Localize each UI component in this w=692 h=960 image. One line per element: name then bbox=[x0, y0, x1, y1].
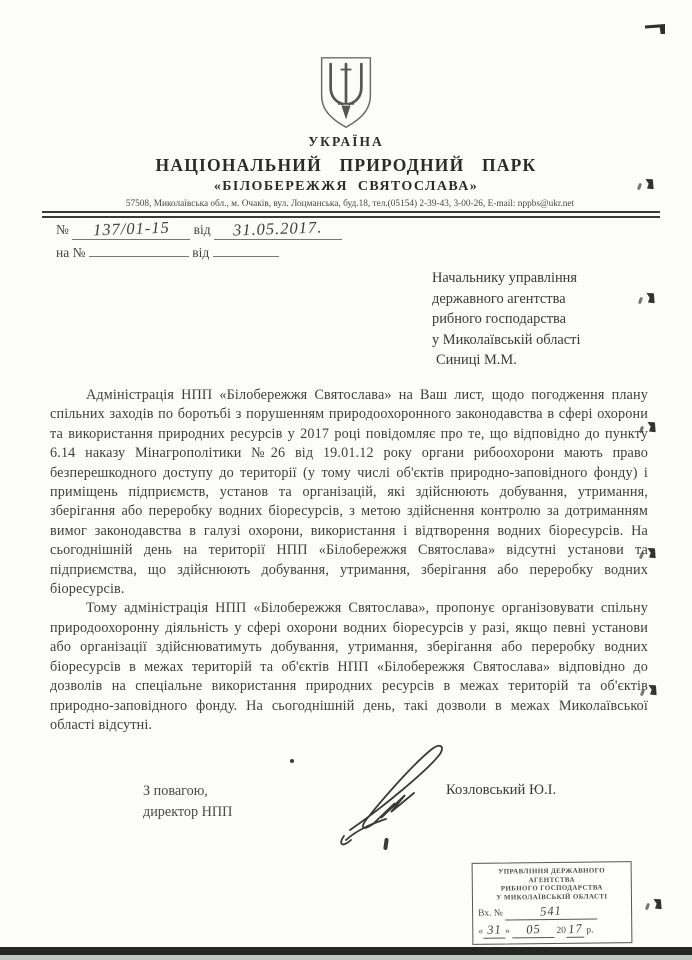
binding-mark bbox=[640, 547, 658, 560]
ink-dot bbox=[290, 759, 294, 763]
stamp-month-handwritten: 05 bbox=[525, 922, 540, 938]
incoming-reference-row: на № від bbox=[56, 245, 342, 271]
country-title: УКРАЇНА bbox=[0, 134, 692, 150]
binding-mark bbox=[639, 292, 657, 305]
reply-date-label: від bbox=[192, 245, 209, 261]
binding-mark bbox=[641, 684, 659, 697]
scanned-letter-page: УКРАЇНА НАЦІОНАЛЬНИЙ ПРИРОДНИЙ ПАРК «БІЛ… bbox=[0, 0, 692, 960]
number-label: № bbox=[56, 222, 69, 238]
stamp-quote-close: » bbox=[505, 927, 510, 937]
recipient-block: Начальнику управління державного агентст… bbox=[432, 268, 580, 371]
binding-mark bbox=[640, 421, 658, 434]
signatory-name: Козловський Ю.І. bbox=[446, 782, 556, 799]
recipient-line: Начальнику управління bbox=[432, 268, 580, 289]
recipient-name: Синиці М.М. bbox=[432, 350, 580, 371]
stamp-org-line3: У МИКОЛАЇВСЬКІЙ ОБЛАСТІ bbox=[478, 893, 626, 903]
scan-edge-band bbox=[0, 947, 692, 955]
recipient-line: державного агентства bbox=[432, 289, 580, 310]
stamp-year-suffix: р. bbox=[586, 926, 593, 936]
recipient-line: рибного господарства bbox=[432, 309, 580, 330]
stamp-org-line1: УПРАВЛІННЯ ДЕРЖАВНОГО АГЕНТСТВА bbox=[478, 867, 626, 886]
date-label: від bbox=[194, 222, 211, 238]
binding-mark bbox=[646, 898, 664, 911]
closing-line: З повагою, bbox=[143, 781, 232, 802]
scan-fold-mark bbox=[645, 24, 665, 34]
closing-title: директор НПП bbox=[143, 802, 232, 823]
reference-block: № 137/01-15 від 31.05.2017. на № від bbox=[56, 219, 342, 271]
signature-closing: З повагою, директор НПП bbox=[143, 781, 232, 822]
letter-body: Адміністрація НПП «Білобережжя Святослав… bbox=[50, 386, 648, 735]
org-name-line1: НАЦІОНАЛЬНИЙ ПРИРОДНИЙ ПАРК bbox=[0, 155, 692, 176]
scan-edge-shadow bbox=[0, 955, 692, 960]
stamp-date-row: «31» 05 2017 р. bbox=[478, 922, 626, 940]
stamp-year-prefix: 20 bbox=[556, 926, 566, 936]
reply-date-blank bbox=[213, 256, 279, 257]
stamp-incoming-number-handwritten: 541 bbox=[540, 904, 563, 920]
reply-number-blank bbox=[89, 256, 189, 257]
org-name-line2: «БІЛОБЕРЕЖЖЯ СВЯТОСЛАВА» bbox=[0, 179, 692, 195]
incoming-stamp: УПРАВЛІННЯ ДЕРЖАВНОГО АГЕНТСТВА РИБНОГО … bbox=[472, 861, 633, 945]
body-paragraph-1: Адміністрація НПП «Білобережжя Святослав… bbox=[50, 386, 648, 599]
ukraine-trident-icon bbox=[313, 56, 379, 130]
outgoing-date-handwritten: 31.05.2017. bbox=[233, 217, 323, 240]
binding-mark bbox=[638, 178, 656, 191]
reply-number-label: на № bbox=[56, 245, 85, 261]
header-divider bbox=[42, 211, 660, 218]
stamp-day-handwritten: 31 bbox=[486, 923, 501, 939]
stamp-year-handwritten: 17 bbox=[567, 922, 582, 938]
recipient-line: у Миколаївській області bbox=[432, 330, 580, 351]
stamp-incoming-label: Вх. № bbox=[478, 909, 503, 919]
outgoing-reference-row: № 137/01-15 від 31.05.2017. bbox=[56, 219, 342, 245]
outgoing-number-handwritten: 137/01-15 bbox=[93, 218, 170, 241]
body-paragraph-2: Тому адміністрація НПП «Білобережжя Свят… bbox=[50, 599, 648, 735]
stamp-incoming-number-row: Вх. № 541 bbox=[478, 904, 626, 922]
